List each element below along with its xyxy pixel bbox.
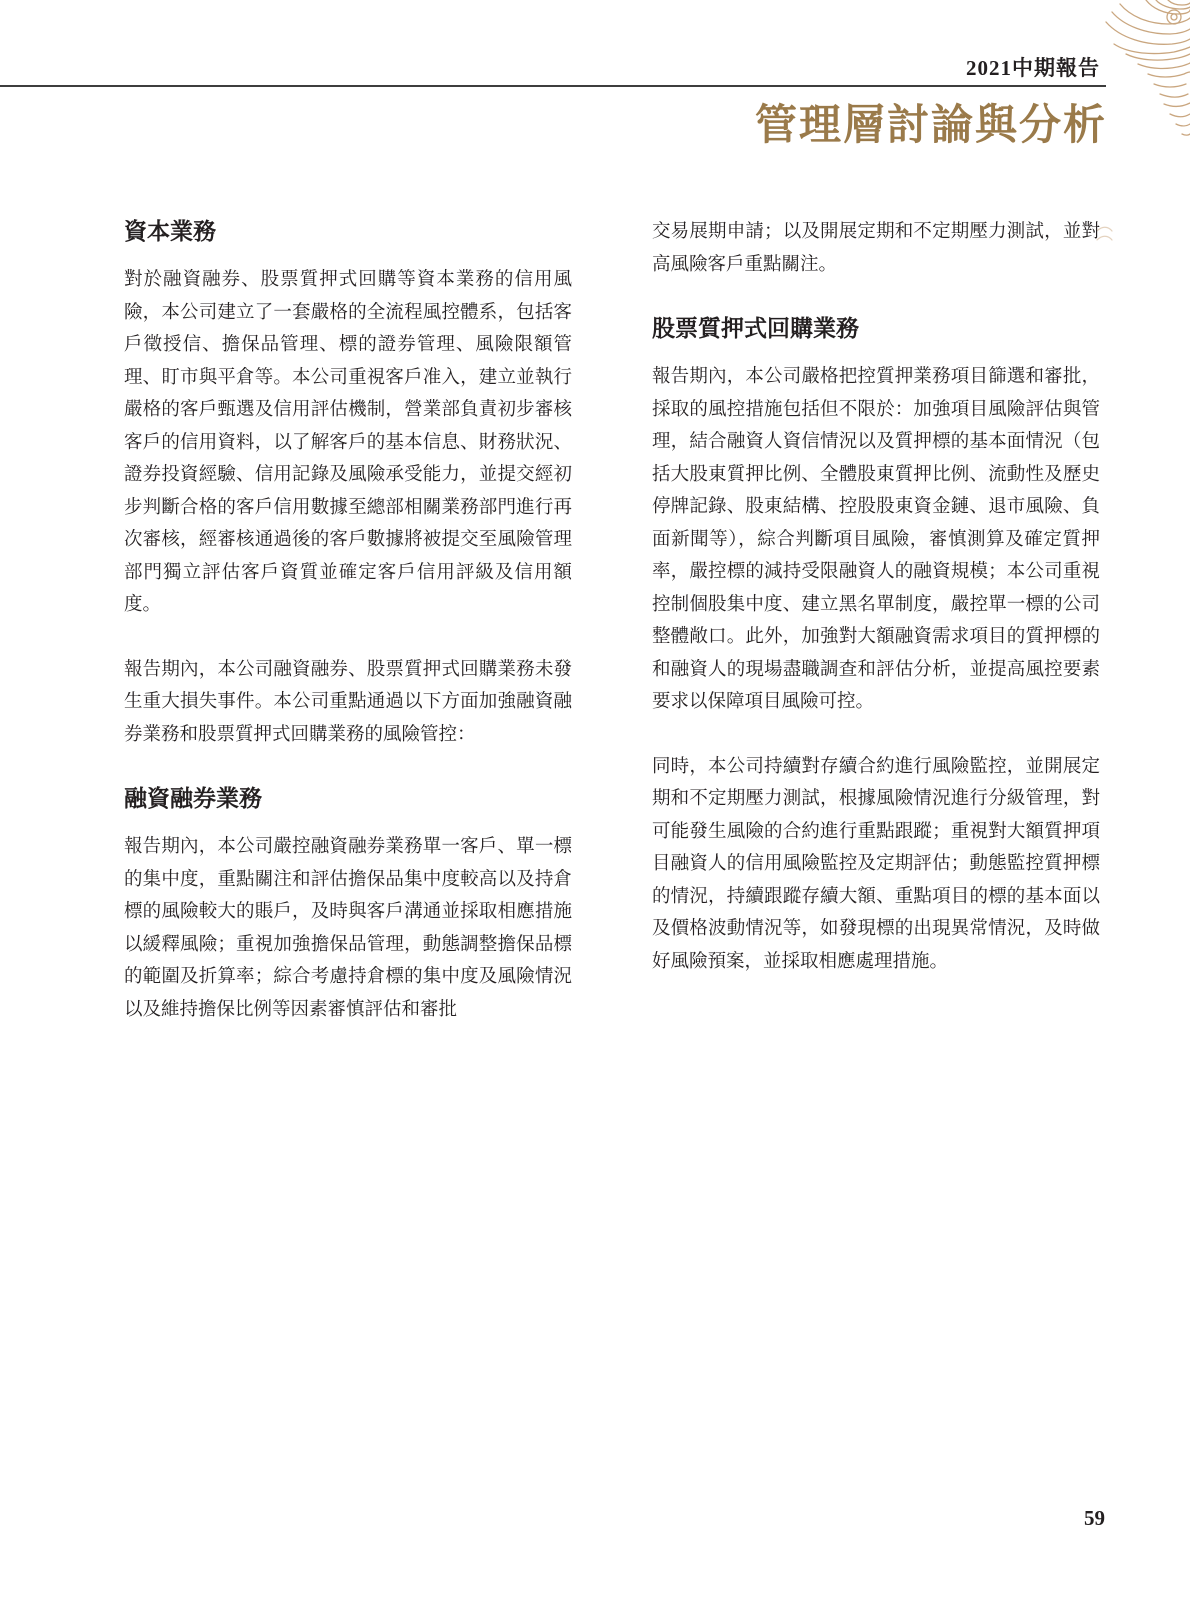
paragraph-ongoing-contract-monitoring: 同時，本公司持續對存續合約進行風險監控，並開展定期和不定期壓力測試，根據風險情況…	[652, 751, 1100, 979]
report-edition-label: 2021中期報告	[966, 52, 1100, 82]
section-heading-capital-business: 資本業務	[124, 216, 572, 248]
page-number: 59	[1084, 1506, 1105, 1531]
paragraph-no-major-loss: 報告期內，本公司融資融券、股票質押式回購業務未發生重大損失事件。本公司重點通過以…	[124, 654, 572, 752]
section-heading-margin-financing: 融資融券業務	[124, 783, 572, 815]
paragraph-pledge-project-screening: 報告期內，本公司嚴格把控質押業務項目篩選和審批，採取的風控措施包括但不限於：加強…	[652, 361, 1100, 719]
left-column: 資本業務 對於融資融券、股票質押式回購等資本業務的信用風險，本公司建立了一套嚴格…	[124, 216, 572, 1058]
header-divider	[0, 85, 1106, 87]
page-title: 管理層討論與分析	[755, 92, 1107, 152]
paragraph-rollover-and-stress-test: 交易展期申請；以及開展定期和不定期壓力測試，並對高風險客戶重點關注。	[652, 216, 1100, 281]
section-heading-stock-pledge-repo: 股票質押式回購業務	[652, 313, 1100, 345]
right-column: 交易展期申請；以及開展定期和不定期壓力測試，並對高風險客戶重點關注。 股票質押式…	[652, 216, 1100, 1010]
paragraph-margin-financing-controls: 報告期內，本公司嚴控融資融券業務單一客戶、單一標的集中度，重點關注和評估擔保品集…	[124, 831, 572, 1026]
report-page: 2021中期報告 管理層討論與分析 資本業務 對於融資融券、股票質押式回購等資本…	[0, 0, 1190, 1615]
paragraph-capital-credit-risk-system: 對於融資融券、股票質押式回購等資本業務的信用風險，本公司建立了一套嚴格的全流程風…	[124, 264, 572, 622]
